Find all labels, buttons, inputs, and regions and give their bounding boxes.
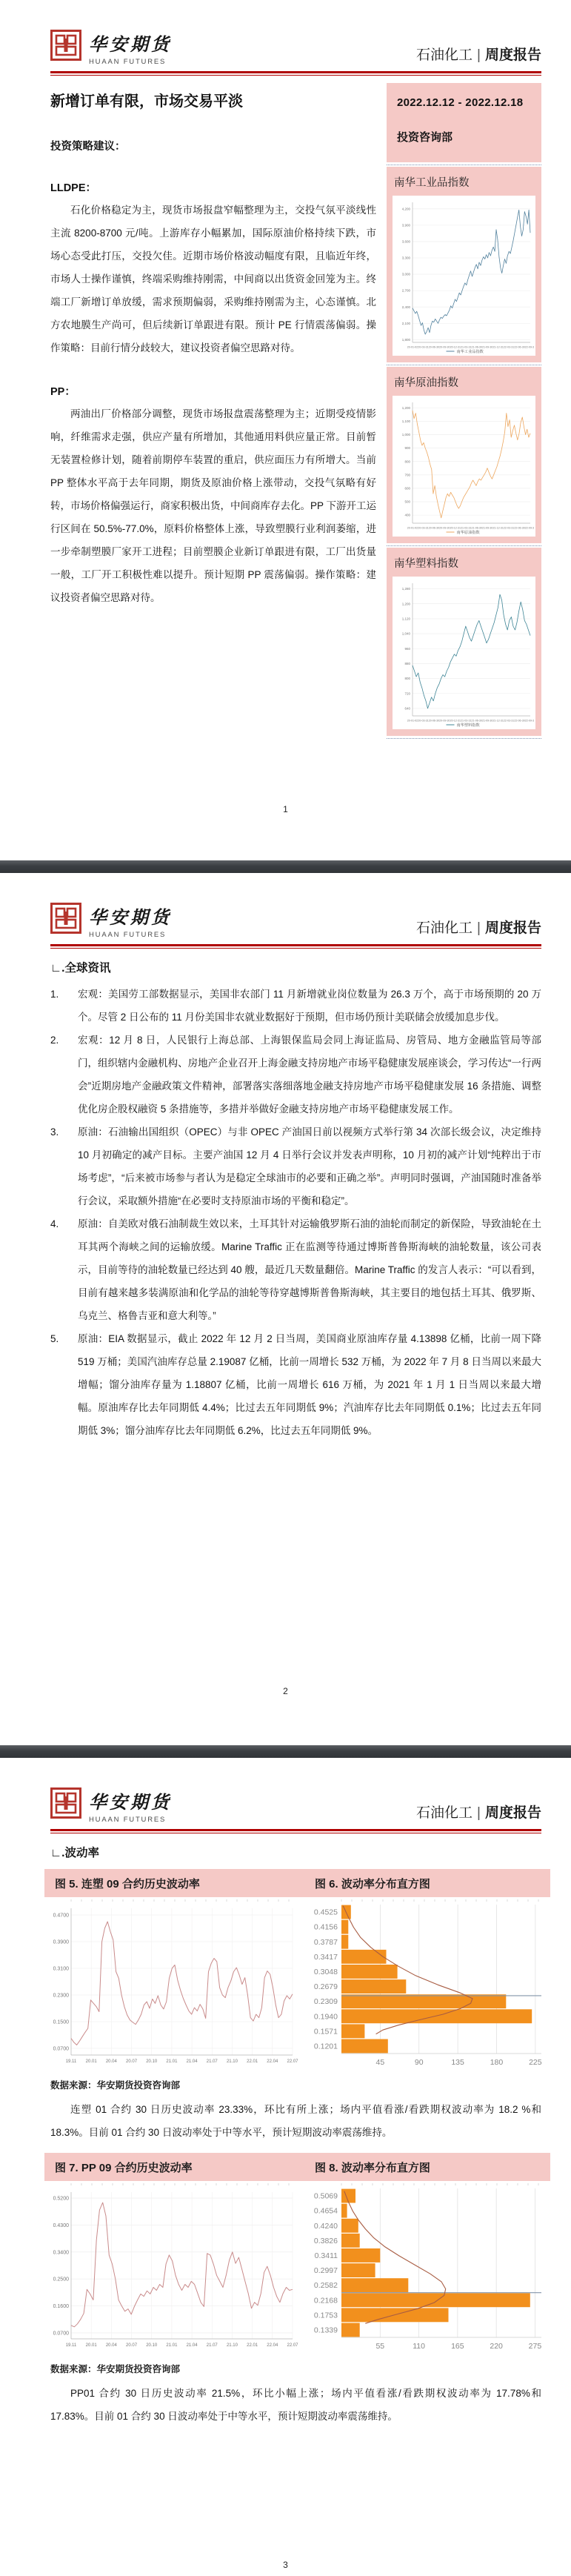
svg-text:0.0700: 0.0700: [53, 2046, 70, 2051]
huaan-logo-icon: [50, 1787, 81, 1819]
svg-text:45: 45: [376, 2058, 385, 2067]
svg-text:20-06-30: 20-06-30: [429, 720, 439, 723]
svg-text:21.10: 21.10: [227, 2343, 238, 2348]
svg-text:135: 135: [451, 2058, 464, 2067]
l-volatility-histogram: 45901351802250.45250.41560.37870.34170.3…: [304, 1899, 549, 2071]
svg-text:1,040: 1,040: [402, 632, 411, 636]
news-item-text: 宏观：美国劳工部数据显示，美国非农部门 11 月新增就业岗位数量为 26.3 万…: [78, 983, 541, 1029]
doc-type-label: 周度报告: [485, 1805, 541, 1821]
svg-text:0.4525: 0.4525: [314, 1908, 338, 1917]
svg-text:20.04: 20.04: [106, 2343, 118, 2348]
lldpe-paragraph: 石化价格稳定为主，现货市场报盘窄幅整理为主，交投气氛平淡线性主流 8200-87…: [50, 199, 376, 359]
nanhua-plastic-index-chart: 6407208008809601,0401,1201,2001,28020-01…: [394, 578, 534, 728]
chart-title: 南华原油指数: [393, 372, 535, 396]
figure-title-bar: 图 7. PP 09 合约历史波动率 图 8. 波动率分布直方图: [44, 2153, 550, 2181]
svg-text:21.07: 21.07: [207, 2343, 218, 2348]
doc-type-label: 周度报告: [485, 47, 541, 63]
svg-text:1,200: 1,200: [402, 602, 411, 605]
page-3: 华安期货 HUAAN FUTURES 石油化工|周度报告 ∟.波动率 图 5. …: [0, 1758, 571, 2576]
svg-text:0.2997: 0.2997: [314, 2266, 338, 2275]
figure-right-title: 图 8. 波动率分布直方图: [315, 2160, 550, 2175]
svg-text:20.04: 20.04: [106, 2059, 118, 2064]
svg-text:220: 220: [490, 2342, 503, 2351]
page-2: 华安期货 HUAAN FUTURES 石油化工|周度报告 ∟.全球资讯 1.宏观…: [0, 873, 571, 1745]
svg-text:20.10: 20.10: [146, 2343, 158, 2348]
huaan-logo-icon: [50, 30, 81, 61]
svg-text:90: 90: [415, 2058, 424, 2067]
svg-text:960: 960: [404, 647, 410, 651]
svg-text:22-09-30: 22-09-30: [525, 720, 534, 723]
svg-text:20-09-30: 20-09-30: [439, 527, 450, 530]
svg-text:21.04: 21.04: [187, 2343, 198, 2348]
strategy-heading: 投资策略建议：: [50, 138, 376, 153]
news-item-text: 原油：EIA 数据显示，截止 2022 年 12 月 2 日当周，美国商业原油库…: [78, 1327, 541, 1442]
global-news-heading: ∟.全球资讯: [50, 959, 541, 975]
brand-logo: 华安期货 HUAAN FUTURES: [50, 30, 172, 66]
svg-text:0.4700: 0.4700: [53, 1913, 70, 1918]
svg-text:0.1753: 0.1753: [314, 2311, 338, 2320]
news-item: 3.原油：石油输出国组织（OPEC）与非 OPEC 产油国日前以视频方式举行第 …: [50, 1121, 541, 1212]
svg-text:南华工业品指数: 南华工业品指数: [457, 348, 484, 354]
svg-text:20-09-30: 20-09-30: [439, 346, 450, 349]
pp-volatility-histogram: 551101652202750.50690.46540.42400.38260.…: [304, 2182, 549, 2354]
svg-text:800: 800: [404, 677, 410, 680]
svg-text:700: 700: [404, 473, 410, 477]
report-title: 新增订单有限，市场交易平淡: [50, 89, 376, 110]
volatility-heading: ∟.波动率: [50, 1844, 541, 1860]
sidebar-chart-plastic: 南华塑料指数 6407208008809601,0401,1201,2001,2…: [387, 548, 541, 736]
svg-text:0.2168: 0.2168: [314, 2296, 338, 2305]
doc-type-separator: |: [473, 920, 485, 936]
svg-text:0.3048: 0.3048: [314, 1968, 338, 1976]
svg-text:21.01: 21.01: [166, 2343, 178, 2348]
doc-category: 石油化工: [416, 920, 473, 936]
doc-category: 石油化工: [416, 1805, 473, 1821]
svg-text:22-09-30: 22-09-30: [525, 346, 534, 349]
svg-text:22-06-30: 22-06-30: [514, 346, 524, 349]
svg-text:20-01-02: 20-01-02: [407, 346, 418, 349]
svg-text:22.07: 22.07: [287, 2059, 298, 2064]
svg-text:0.3400: 0.3400: [53, 2250, 70, 2255]
svg-text:1,800: 1,800: [402, 338, 411, 342]
sidebar-divider: [387, 736, 541, 740]
doc-type: 石油化工|周度报告: [416, 44, 541, 66]
svg-text:0.3411: 0.3411: [315, 2251, 338, 2260]
svg-text:0.1201: 0.1201: [314, 2042, 338, 2051]
svg-text:500: 500: [404, 500, 410, 504]
svg-text:21-12-31: 21-12-31: [492, 720, 503, 723]
figure-right-title: 图 6. 波动率分布直方图: [315, 1876, 550, 1891]
svg-text:21.04: 21.04: [187, 2059, 198, 2064]
page-header: 华安期货 HUAAN FUTURES 石油化工|周度报告: [0, 0, 571, 69]
svg-text:南华原油指数: 南华原油指数: [457, 529, 481, 535]
news-item-number: 4.: [50, 1212, 78, 1327]
svg-text:南华塑料指数: 南华塑料指数: [457, 722, 481, 728]
svg-text:21-12-31: 21-12-31: [492, 346, 503, 349]
svg-text:20-06-30: 20-06-30: [429, 527, 439, 530]
svg-text:20-06-30: 20-06-30: [429, 346, 439, 349]
news-item-text: 宏观：12 月 8 日，人民银行上海总部、上海银保监局会同上海证监局、房管局、地…: [78, 1029, 541, 1121]
svg-text:20.01: 20.01: [86, 2059, 98, 2064]
brand-text: 华安期货 HUAAN FUTURES: [89, 1787, 172, 1824]
svg-text:20-03-31: 20-03-31: [418, 346, 428, 349]
svg-text:2,700: 2,700: [402, 289, 411, 293]
svg-text:21-06-30: 21-06-30: [472, 720, 482, 723]
svg-text:22.04: 22.04: [267, 2059, 278, 2064]
svg-text:21.10: 21.10: [227, 2059, 238, 2064]
figure-charts: 0.07000.15000.23000.31000.39000.470019.1…: [44, 1899, 550, 2071]
page-header: 华安期货 HUAAN FUTURES 石油化工|周度报告: [0, 1758, 571, 1827]
svg-text:165: 165: [451, 2342, 464, 2351]
page-number: 1: [0, 804, 571, 814]
figure-comment: PP01 合约 30 日历史波动率 21.5%，环比小幅上涨；场内平值看涨/看跌…: [50, 2382, 541, 2428]
svg-text:21-03-31: 21-03-31: [461, 346, 471, 349]
svg-text:20.01: 20.01: [86, 2343, 98, 2348]
brand-logo: 华安期货 HUAAN FUTURES: [50, 1787, 172, 1824]
svg-text:900: 900: [404, 446, 410, 450]
doc-type-separator: |: [473, 1805, 485, 1821]
report-sidebar: 2022.12.12 - 2022.12.18 投资咨询部 南华工业品指数 1,…: [387, 83, 541, 740]
svg-text:20-01-02: 20-01-02: [407, 720, 418, 723]
sidebar-chart-industrial: 南华工业品指数 1,8002,1002,4002,7003,0003,3003,…: [387, 167, 541, 362]
svg-text:22.07: 22.07: [287, 2343, 298, 2348]
svg-text:880: 880: [404, 662, 410, 665]
lldpe-heading: LLDPE：: [50, 179, 376, 195]
news-item-text: 原油：石油输出国组织（OPEC）与非 OPEC 产油国日前以视频方式举行第 34…: [78, 1121, 541, 1212]
svg-text:0.3787: 0.3787: [314, 1938, 338, 1947]
svg-text:3,900: 3,900: [402, 223, 411, 227]
svg-text:21-03-31: 21-03-31: [461, 527, 471, 530]
figure-row-l2109: 图 5. 连塑 09 合约历史波动率 图 6. 波动率分布直方图 0.07000…: [44, 1869, 550, 2144]
svg-text:0.5200: 0.5200: [53, 2197, 70, 2202]
svg-text:19.11: 19.11: [66, 2343, 77, 2348]
svg-text:0.3417: 0.3417: [314, 1953, 338, 1962]
svg-text:20-12-31: 20-12-31: [450, 720, 461, 723]
figure-left-title: 图 7. PP 09 合约历史波动率: [44, 2160, 315, 2175]
page-separator: [0, 1745, 571, 1758]
svg-text:22-06-30: 22-06-30: [514, 720, 524, 723]
pp-volatility-line-chart: 0.07000.16000.25000.34000.43000.520019.1…: [44, 2182, 300, 2354]
svg-text:22-09-30: 22-09-30: [525, 527, 534, 530]
svg-text:22-06-30: 22-06-30: [514, 527, 524, 530]
svg-text:0.2300: 0.2300: [53, 1993, 70, 1998]
svg-text:0.1500: 0.1500: [53, 2019, 70, 2025]
svg-text:3,000: 3,000: [402, 273, 411, 276]
data-source: 数据来源：华安期货投资咨询部: [50, 2078, 550, 2091]
svg-text:720: 720: [404, 691, 410, 695]
svg-text:20-03-31: 20-03-31: [418, 720, 428, 723]
svg-text:600: 600: [404, 486, 410, 490]
news-item-number: 3.: [50, 1121, 78, 1212]
brand-name-en: HUAAN FUTURES: [89, 931, 172, 939]
nanhua-crude-index-chart: 4005006007008009001,0001,1001,20020-01-0…: [394, 397, 534, 535]
page-separator: [0, 860, 571, 873]
svg-text:110: 110: [413, 2342, 425, 2351]
figure-charts: 0.07000.16000.25000.34000.43000.520019.1…: [44, 2182, 550, 2354]
chart-title: 南华塑料指数: [393, 553, 535, 577]
brand-text: 华安期货 HUAAN FUTURES: [89, 30, 172, 66]
brand-name-cn: 华安期货: [89, 30, 172, 56]
huaan-logo-icon: [50, 903, 81, 934]
svg-text:21-12-31: 21-12-31: [492, 527, 503, 530]
figure-row-pp: 图 7. PP 09 合约历史波动率 图 8. 波动率分布直方图 0.07000…: [44, 2153, 550, 2428]
brand-name-cn: 华安期货: [89, 1787, 172, 1813]
svg-text:3,300: 3,300: [402, 256, 411, 260]
page-number: 2: [0, 1686, 571, 1696]
svg-text:0.4156: 0.4156: [314, 1923, 338, 1932]
svg-text:1,200: 1,200: [402, 406, 411, 410]
svg-text:0.2679: 0.2679: [314, 1982, 338, 1991]
page-number: 3: [0, 2560, 571, 2570]
svg-text:0.0700: 0.0700: [53, 2331, 70, 2336]
doc-type: 石油化工|周度报告: [416, 1802, 541, 1824]
news-item-text: 原油：自美欧对俄石油制裁生效以来，土耳其针对运输俄罗斯石油的油轮而制定的新保险，…: [78, 1212, 541, 1327]
svg-text:0.3100: 0.3100: [53, 1966, 70, 1971]
svg-text:0.2582: 0.2582: [314, 2281, 338, 2290]
news-list: 1.宏观：美国劳工部数据显示，美国非农部门 11 月新增就业岗位数量为 26.3…: [50, 983, 541, 1442]
svg-text:22.01: 22.01: [247, 2059, 258, 2064]
header-rule: [50, 1829, 541, 1833]
figure-comment: 连塑 01 合约 30 日历史波动率 23.33%，环比有所上涨；场内平值看涨/…: [50, 2098, 541, 2144]
svg-text:19.11: 19.11: [66, 2059, 77, 2064]
figure-title-bar: 图 5. 连塑 09 合约历史波动率 图 6. 波动率分布直方图: [44, 1869, 550, 1897]
svg-text:20-12-31: 20-12-31: [450, 346, 461, 349]
header-rule: [50, 944, 541, 949]
news-item: 4.原油：自美欧对俄石油制裁生效以来，土耳其针对运输俄罗斯石油的油轮而制定的新保…: [50, 1212, 541, 1327]
header-rule: [50, 71, 541, 76]
nanhua-industrial-index-chart: 1,8002,1002,4002,7003,0003,3003,6003,900…: [394, 197, 534, 354]
svg-text:21-09-30: 21-09-30: [482, 720, 492, 723]
brand-name-cn: 华安期货: [89, 903, 172, 929]
news-item: 2.宏观：12 月 8 日，人民银行上海总部、上海银保监局会同上海证监局、房管局…: [50, 1029, 541, 1121]
svg-text:1,280: 1,280: [402, 587, 411, 591]
svg-text:55: 55: [375, 2342, 384, 2351]
svg-text:21-06-30: 21-06-30: [472, 527, 482, 530]
svg-text:20-03-31: 20-03-31: [418, 527, 428, 530]
chart-title: 南华工业品指数: [393, 172, 535, 196]
news-item: 1.宏观：美国劳工部数据显示，美国非农部门 11 月新增就业岗位数量为 26.3…: [50, 983, 541, 1029]
svg-text:0.2309: 0.2309: [314, 1997, 338, 2006]
svg-text:0.1339: 0.1339: [314, 2326, 338, 2335]
brand-text: 华安期货 HUAAN FUTURES: [89, 903, 172, 939]
svg-text:400: 400: [404, 514, 410, 517]
svg-text:22-03-31: 22-03-31: [504, 720, 514, 723]
pp-heading: PP：: [50, 383, 376, 399]
svg-text:0.4654: 0.4654: [314, 2207, 338, 2216]
sidebar-info: 2022.12.12 - 2022.12.18 投资咨询部: [387, 83, 541, 162]
svg-text:2,100: 2,100: [402, 322, 411, 325]
svg-text:0.1600: 0.1600: [53, 2304, 70, 2309]
svg-text:800: 800: [404, 459, 410, 463]
svg-text:21.01: 21.01: [166, 2059, 178, 2064]
news-item-number: 5.: [50, 1327, 78, 1442]
doc-category: 石油化工: [416, 47, 473, 63]
svg-text:20-01-02: 20-01-02: [407, 527, 418, 530]
svg-text:0.4240: 0.4240: [314, 2222, 338, 2231]
svg-text:180: 180: [490, 2058, 504, 2067]
report-article: 新增订单有限，市场交易平淡 投资策略建议： LLDPE： 石化价格稳定为主，现货…: [50, 83, 376, 740]
data-source: 数据来源：华安期货投资咨询部: [50, 2362, 550, 2375]
svg-text:20-12-31: 20-12-31: [450, 527, 461, 530]
doc-type: 石油化工|周度报告: [416, 917, 541, 939]
svg-text:0.5069: 0.5069: [314, 2192, 338, 2201]
svg-text:3,600: 3,600: [402, 240, 411, 244]
news-item-number: 1.: [50, 983, 78, 1029]
svg-text:20.07: 20.07: [126, 2343, 138, 2348]
page-header: 华安期货 HUAAN FUTURES 石油化工|周度报告: [0, 873, 571, 942]
sidebar-chart-crude: 南华原油指数 4005006007008009001,0001,1001,200…: [387, 367, 541, 543]
svg-text:0.3826: 0.3826: [314, 2237, 338, 2245]
svg-text:22-03-31: 22-03-31: [504, 346, 514, 349]
svg-text:1,100: 1,100: [402, 419, 411, 423]
figure-left-title: 图 5. 连塑 09 合约历史波动率: [44, 1876, 315, 1891]
news-item: 5.原油：EIA 数据显示，截止 2022 年 12 月 2 日当周，美国商业原…: [50, 1327, 541, 1442]
svg-text:1,120: 1,120: [402, 617, 411, 620]
report-date-range: 2022.12.12 - 2022.12.18: [397, 96, 531, 109]
svg-text:20.10: 20.10: [146, 2059, 158, 2064]
brand-logo: 华安期货 HUAAN FUTURES: [50, 903, 172, 939]
svg-text:20.07: 20.07: [126, 2059, 138, 2064]
l-volatility-line-chart: 0.07000.15000.23000.31000.39000.470019.1…: [44, 1899, 300, 2071]
svg-text:1,000: 1,000: [402, 433, 411, 436]
svg-text:22-03-31: 22-03-31: [504, 527, 514, 530]
report-department: 投资咨询部: [397, 129, 531, 145]
svg-text:0.2500: 0.2500: [53, 2277, 70, 2283]
doc-type-separator: |: [473, 47, 485, 63]
svg-text:4,200: 4,200: [402, 207, 411, 210]
svg-text:640: 640: [404, 706, 410, 710]
svg-text:21-09-30: 21-09-30: [482, 527, 492, 530]
page-1: 华安期货 HUAAN FUTURES 石油化工|周度报告 新增订单有限，市场交易…: [0, 0, 571, 860]
svg-text:0.4300: 0.4300: [53, 2223, 70, 2228]
svg-text:22.01: 22.01: [247, 2343, 258, 2348]
news-item-number: 2.: [50, 1029, 78, 1121]
pp-paragraph: 两油出厂价格部分调整，现货市场报盘震荡整理为主；近期受疫情影响，纤维需求走强，供…: [50, 402, 376, 609]
svg-text:21-03-31: 21-03-31: [461, 720, 471, 723]
svg-text:21-06-30: 21-06-30: [472, 346, 482, 349]
svg-text:21.07: 21.07: [207, 2059, 218, 2064]
svg-text:275: 275: [529, 2342, 542, 2351]
svg-text:22.04: 22.04: [267, 2343, 278, 2348]
svg-text:0.1940: 0.1940: [314, 2012, 338, 2021]
svg-text:21-09-30: 21-09-30: [482, 346, 492, 349]
svg-text:0.3900: 0.3900: [53, 1939, 70, 1945]
svg-text:20-09-30: 20-09-30: [439, 720, 450, 723]
svg-text:0.1571: 0.1571: [314, 2027, 338, 2036]
brand-name-en: HUAAN FUTURES: [89, 1816, 172, 1824]
svg-text:225: 225: [529, 2058, 542, 2067]
doc-type-label: 周度报告: [485, 920, 541, 936]
brand-name-en: HUAAN FUTURES: [89, 58, 172, 66]
svg-text:2,400: 2,400: [402, 305, 411, 309]
